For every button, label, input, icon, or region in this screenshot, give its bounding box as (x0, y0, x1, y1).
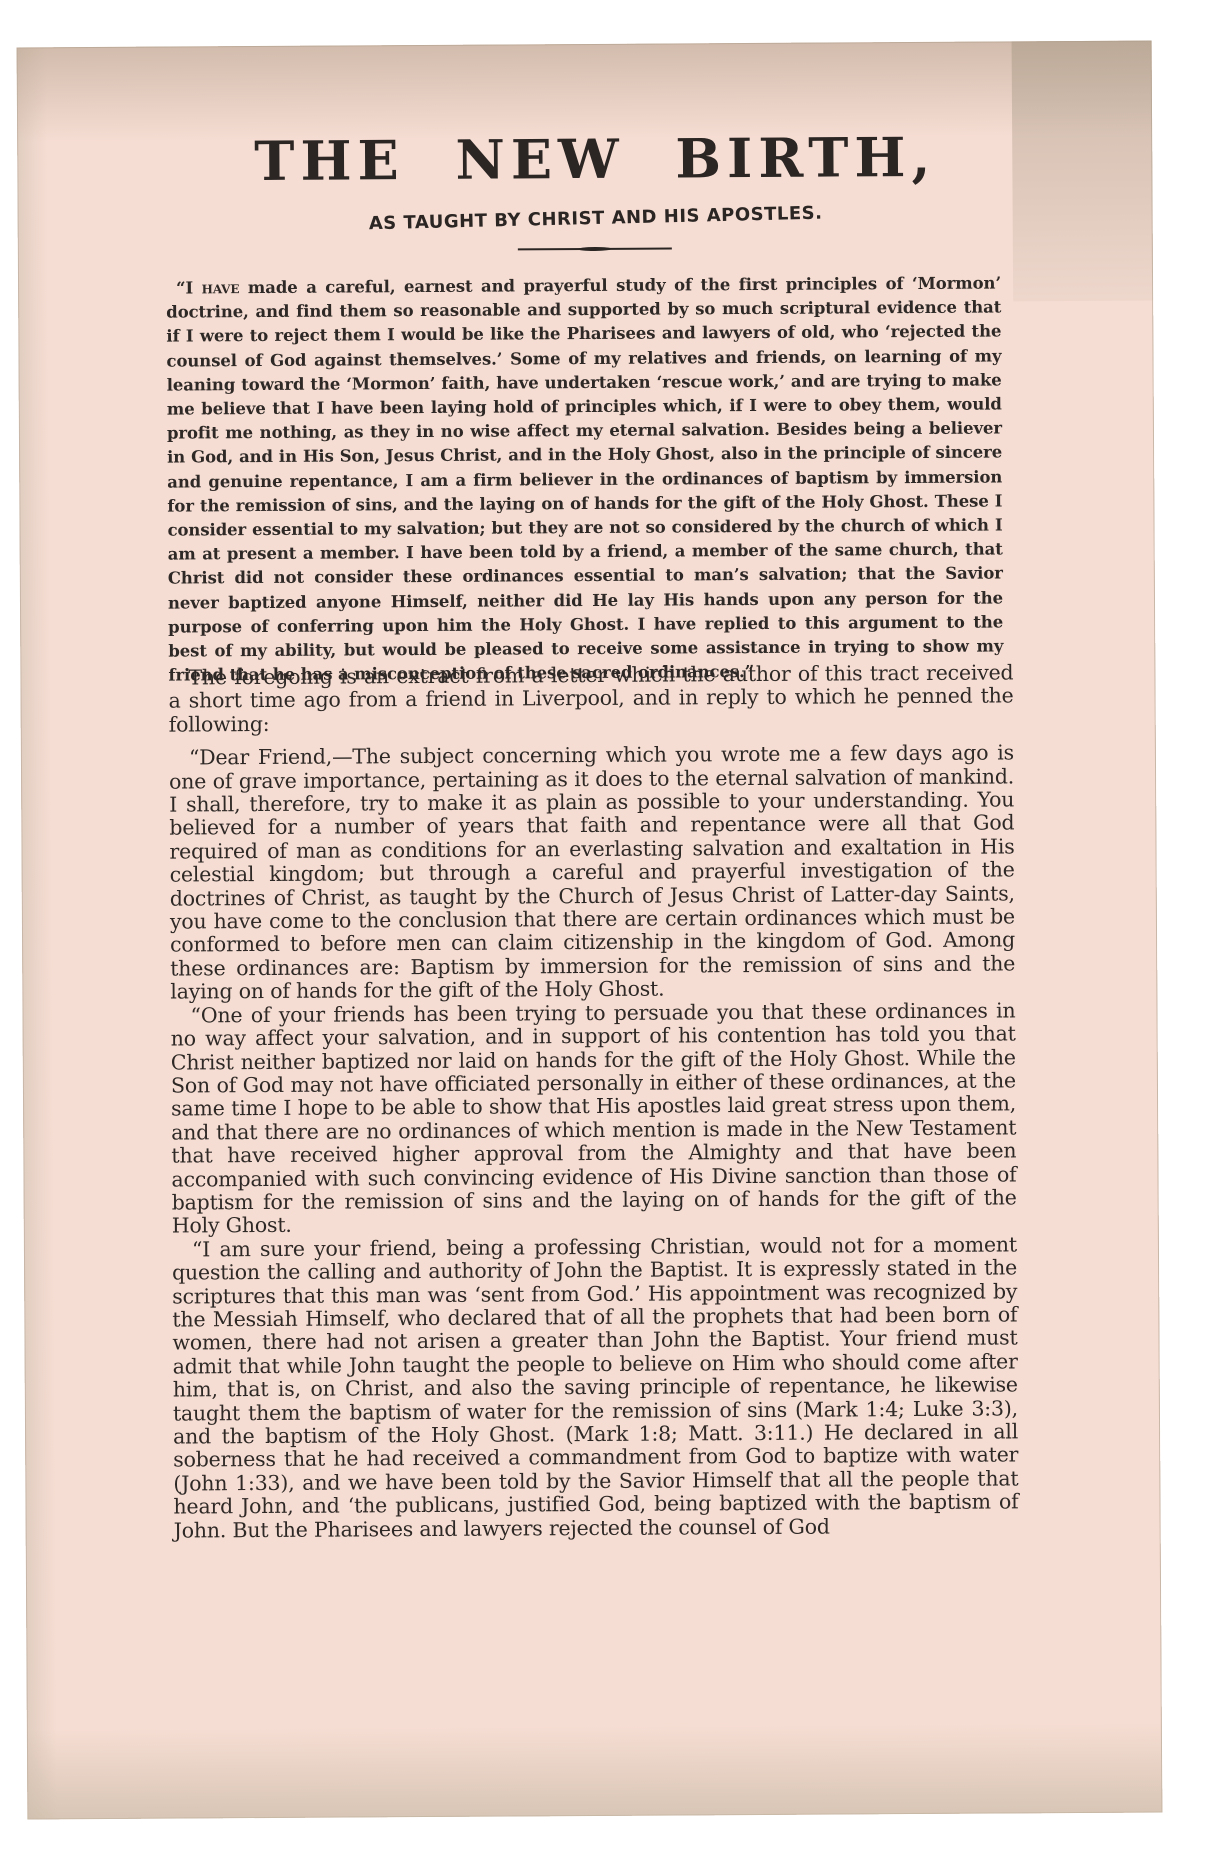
page-title: THE NEW BIRTH, (165, 129, 1025, 188)
quote-text: made a careful, earnest and prayerful st… (166, 273, 1003, 684)
paper-stain-left (17, 47, 58, 1819)
body-paragraph-dear-friend: “Dear Friend,—The subject concerning whi… (169, 742, 1016, 1005)
paper-stain-bottom (27, 1723, 1163, 1820)
paper-stain-top-right (1012, 41, 1154, 302)
quote-smallcaps-lead: have (202, 278, 240, 297)
reply-body: The foregoing is an extract from a lette… (168, 661, 1018, 1542)
ornamental-rule (518, 247, 672, 250)
quote-open: “I (176, 278, 202, 297)
tract-page: THE NEW BIRTH, AS TAUGHT BY CHRIST AND H… (17, 41, 1163, 1820)
body-paragraph-friends: “One of your friends has been trying to … (170, 999, 1016, 1238)
body-paragraph-john-baptist: “I am sure your friend, being a professi… (172, 1233, 1019, 1542)
letter-extract-quote: “I have made a careful, earnest and pray… (166, 271, 1003, 688)
quote-paragraph: “I have made a careful, earnest and pray… (166, 271, 1003, 688)
body-paragraph-intro: The foregoing is an extract from a lette… (168, 661, 1013, 736)
page-subtitle: AS TAUGHT BY CHRIST AND HIS APOSTLES. (166, 198, 1026, 239)
